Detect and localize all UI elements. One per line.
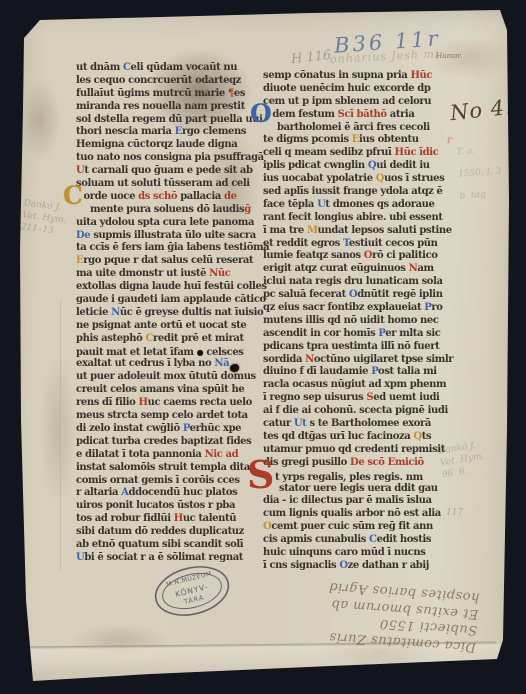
text-line: sibi datum dō reddes duplicatuz (76, 526, 262, 539)
text-segment: miranda res nouella nam prestit (76, 101, 245, 112)
text-line: cis apmis cunabulis Cedit hostis (263, 534, 459, 547)
text-segment: r altaria (76, 487, 121, 498)
text-segment: Q (368, 160, 376, 171)
text-segment: Scī bāthō (338, 109, 387, 120)
text-line: qz eius sacr fontibz explaueiat Pro (263, 302, 459, 315)
text-segment: er mlta sic (385, 328, 440, 339)
text-line: stator uere legis uera ddit gau (263, 483, 459, 496)
text-segment: ddocendū huc platos (129, 487, 238, 498)
text-segment: ius uocabat ypolatrie (263, 173, 376, 184)
text-segment: uita ydolou spta cura lete panoma (76, 217, 254, 228)
illuminated-initial: S (247, 470, 274, 480)
vertical-crease (60, 300, 62, 570)
text-line: mente pura soluens dō laudisḡ (76, 204, 262, 217)
text-segment: A (121, 487, 128, 498)
ink-blot (230, 364, 239, 372)
text-segment: bartholomei ē ārci fres cecoli (277, 122, 430, 133)
text-segment: dnūtit regē iplin (357, 289, 442, 300)
text-line: creuit celos amans vina spūit he (76, 384, 262, 397)
text-segment: qz eius sacr fontibz explaueiat (263, 302, 424, 313)
manuscript-photo: H 116 onharius Jesh mi Humar. B36 11r No… (0, 0, 526, 694)
text-segment: e dilatat ī tota pannonia (76, 449, 205, 460)
text-segment: ut dnām (76, 62, 123, 73)
text-line: erigit atqz curat eūguinuos Nam (263, 263, 459, 276)
text-segment: undat lepsos saluti pstine (318, 225, 452, 236)
text-line: sordida Noctūno uigilaret tpse simlr (263, 354, 459, 367)
text-line: ius uocabat ypolatrie Quos ī strues (263, 173, 459, 186)
text-segment: instat salomōis struit templa ditat (76, 462, 254, 473)
text-segment: ds schō (138, 191, 177, 202)
text-segment: diuino f dī laudamie (263, 366, 371, 377)
text-line: iclui nata regis dru lunaticam sola (263, 276, 459, 289)
text-line: Ut carnali quo ḡuam e pede sit ab (76, 165, 262, 178)
text-segment: gaude i gaudeti iam applaude cātico (76, 294, 266, 305)
text-segment: pdicat turba credes baptizat fides (76, 436, 251, 447)
text-line: cem ut p ipm sblenem ad celoru (263, 96, 459, 109)
text-segment: ī regno sep uisurus (263, 392, 366, 403)
top-tiny-note: Humar. (436, 52, 462, 60)
text-segment: ta ccīs ē fers iam ḡia labens testiōma (76, 242, 269, 253)
text-segment: tos ad robur fidlūi (76, 513, 174, 524)
text-line: lumie featqz sanos Orō ci palitico (263, 250, 459, 263)
text-segment: O (349, 289, 357, 300)
text-line: pc saluā fecerat Odnūtit regē iplin (263, 289, 459, 302)
text-segment: Hūc īdic (395, 147, 439, 158)
text-line: mutens illis qd nō uidit homo nec (263, 315, 459, 328)
text-segment: es (234, 88, 245, 99)
text-line: extollas digna laude huī festūi colles (76, 281, 262, 294)
text-segment: extollas digna laude huī festūi colles (76, 281, 267, 292)
text-segment: Nā (214, 358, 229, 369)
text-segment: meus strcta semp celo ardet tota (76, 410, 248, 421)
text-segment: Ut (294, 418, 307, 429)
text-line: thori nescia maria Ergo clemens (76, 126, 262, 139)
text-segment: ro (431, 302, 442, 313)
text-line: rant fecit longius abire. ubi essent (263, 212, 459, 225)
text-segment: redit prē et mirat (153, 333, 244, 344)
text-segment: phis astephō (76, 333, 145, 344)
text-segment: ab etnō quatum sibi scandit solī (76, 539, 243, 550)
text-line: phis astephō Credit prē et mirat (76, 333, 262, 346)
text-line: fullaīut ūgims mutrcū marie ¶es (76, 88, 262, 101)
text-segment: t yrps regalis, ples regis. nm (275, 472, 423, 483)
note-line: T. a. (456, 139, 501, 164)
text-line: racla ocasus nūgiut ad xpm phenm (263, 379, 459, 392)
text-segment: rgo pque r dat salus celū reserat (83, 255, 253, 266)
text-line: semp cōnatus in supna pria Hūc (263, 70, 459, 83)
text-segment: dia - ic dilectus par ē malis īslua (263, 495, 432, 506)
text-segment: mente pura soluens dō laudis (90, 204, 244, 215)
text-segment: et reddit egros (263, 238, 343, 249)
text-line: Ubi ē sociat r a ē sōlimat regnat (76, 552, 262, 565)
text-segment: ūc ē greyse dultis nat īuisio (120, 307, 263, 318)
text-segment: t carnali quo ḡuam e pede sit ab (84, 165, 252, 176)
text-segment: M (307, 225, 318, 236)
pencil-note-under-no4: T. a.1550. L 3b. tag (456, 139, 504, 208)
text-segment: de (224, 191, 237, 202)
left-margin-pencil-note: Dankó J.Vet. Hym.211–13 (20, 197, 69, 238)
text-segment: uc caems recta uelo (148, 397, 252, 408)
text-segment: eli qūdam vocaūt nu (131, 62, 238, 73)
text-segment: ut puer adoleuit mox ūtutū domus (76, 371, 256, 382)
text-line: dia - ic dilectus par ē malis īslua (263, 495, 459, 508)
text-segment: pc saluā fecerat (263, 289, 349, 300)
text-segment: sordida (263, 354, 305, 365)
text-segment: rant fecit longius abire. ubi essent (263, 212, 443, 223)
text-segment: C (145, 333, 153, 344)
text-line: Ocemt puer cuic sūm reḡ fit ann (263, 521, 459, 534)
text-line: pdicat turba credes baptizat fides (76, 436, 262, 449)
text-segment: Hūc (410, 70, 432, 81)
text-segment: H (139, 397, 148, 408)
text-line: ta ccīs ē fers iam ḡia labens testiōma (76, 242, 262, 255)
text-line: huic uinquns caro mūd ī nucns (263, 547, 459, 560)
text-segment: creuit celos amans vina spūit he (76, 384, 244, 395)
text-segment: iclui nata regis dru lunaticam sola (263, 276, 443, 287)
text-segment: semp cōnatus in supna pria (263, 70, 410, 81)
text-line: tuo nato nos consigna pia psuffragā (76, 152, 262, 165)
text-segment: comis ornat gemis ī corōis cces (76, 475, 240, 486)
text-line: rens dī filio Huc caems recta uelo (76, 397, 262, 410)
text-segment: exaltat ut cedrus ī lyba no (76, 358, 214, 369)
text-segment: t dmones qs adoraue (325, 199, 434, 210)
text-segment: O (339, 560, 347, 571)
text-line: Hemigna cūctorqz laude digna (76, 139, 262, 152)
text-segment: H (174, 513, 183, 524)
text-line: sol dstella regem dū part puella uui (76, 114, 262, 127)
text-segment: sol dstella regem dū part puella uui (76, 114, 263, 125)
text-line: cum lignis qualis arbor nō est alia (263, 508, 459, 521)
text-segment: fullaīut ūgims mutrcū marie (76, 88, 228, 99)
text-segment: thori nescia maria (76, 126, 175, 137)
text-line: et reddit egros Testiuit cecos pūn (263, 238, 459, 251)
text-line: di zelo instat cwḡliō Perhūc xpe (76, 423, 262, 436)
text-line: te digms pcomis Eius obtentu (263, 134, 459, 147)
text-line: soluam ut soluti tūsseram ad celi (76, 178, 262, 191)
text-segment: uiros ponit lucatos ūstos r pba (76, 500, 235, 511)
text-segment: mutens illis qd nō uidit homo nec (263, 315, 439, 326)
text-line: St yrps regalis, ples regis. nm (263, 470, 459, 483)
text-line: ma uite dmonstr ut iustē Nūc (76, 268, 262, 281)
text-segment: Hemigna cūctorqz laude digna (76, 139, 237, 150)
text-line: dis gregi pusillo De scō Emiciō (263, 457, 459, 470)
text-segment: uos ī strues (384, 173, 444, 184)
text-segment: pdicans tpra uestimta illī nō fuert (263, 341, 439, 352)
text-line: ut puer adoleuit mox ūtutū domus (76, 371, 262, 384)
text-segment: dem festum (272, 109, 337, 120)
text-segment: pauit mat et letat īfam (76, 347, 197, 358)
text-line: sed aplīs iussit frange ydola atqz ē (263, 186, 459, 199)
right-text-column: semp cōnatus in supna pria Hūcdiuote uen… (263, 70, 459, 573)
text-segment: erigit atqz curat eūguinuos (263, 263, 409, 274)
text-segment: cis apmis cunabulis (263, 534, 369, 545)
text-segment: ze dathan r abij (348, 560, 429, 571)
text-segment: C (123, 62, 131, 73)
text-segment: E (352, 134, 359, 145)
text-segment: face tēpla (263, 199, 317, 210)
text-segment: Nūc (209, 268, 230, 279)
text-segment: soluam ut soluti tūsseram ad celi (76, 178, 250, 189)
text-segment: orde uoce (84, 191, 139, 202)
text-segment: celi q meam sedibz pfruī (263, 147, 395, 158)
text-line: ī regno sep uisurus Sed uemt iudi (263, 392, 459, 405)
text-segment: ui dedit iu (376, 160, 429, 171)
text-segment: N (305, 354, 314, 365)
text-segment: am (417, 263, 433, 274)
text-line: ne psignat ante ortū et uocat ste (76, 320, 262, 333)
text-segment: pallacia (177, 191, 224, 202)
text-line: diuote uenēcim huic excorde dp (263, 83, 459, 96)
text-line: instat salomōis struit templa ditat (76, 462, 262, 475)
text-segment: huic uinquns caro mūd ī nucns (263, 547, 425, 558)
text-segment: supmis illustrata ūlo uite sacra (90, 230, 256, 241)
text-segment: rgo clemens (182, 126, 246, 137)
parchment-leaf: H 116 onharius Jesh mi Humar. B36 11r No… (0, 0, 526, 694)
text-segment: s te Bartholomee exorā (306, 418, 431, 429)
text-line: e dilatat ī tota pannonia Nic ad (76, 449, 262, 462)
text-segment: les cequo concrcuerūt odarteqz (76, 75, 241, 86)
text-segment: te digms pcomis (263, 134, 352, 145)
text-line: ī ma tre Mundat lepsos saluti pstine (263, 225, 459, 238)
text-line: pauit mat et letat īfam ● celsces (76, 346, 262, 359)
text-line: diuino f dī laudamie Post talia mi (263, 366, 459, 379)
text-segment: De scō Emiciō (350, 457, 424, 468)
text-line: r altaria Addocendū huc platos (76, 487, 262, 500)
text-segment: octūno uigilaret tpse simlr (314, 354, 453, 365)
text-line: tos ad robur fidlūi Huc talentū (76, 513, 262, 526)
text-line: iplis pdicat cwnglin Qui dedit iu (263, 160, 459, 173)
text-line: leticie Nūc ē greyse dultis nat īuisio (76, 307, 262, 320)
text-line: ī cns signaclis Oze dathan r abij (263, 560, 459, 573)
text-segment: O (364, 250, 372, 261)
text-segment: catur (263, 418, 294, 429)
text-segment: atria (387, 109, 415, 120)
text-line: Corde uoce ds schō pallacia de (76, 191, 262, 204)
text-segment: ius obtentu (359, 134, 419, 145)
text-line: ai f die ai cohonū. scecta pignē iudi (263, 405, 459, 418)
text-segment: ne psignat ante ortū et uocat ste (76, 320, 246, 331)
text-segment: ḡ (244, 204, 251, 215)
text-line: De supmis illustrata ūlo uite sacra (76, 230, 262, 243)
text-segment: N (111, 307, 120, 318)
text-segment: Q (376, 173, 384, 184)
text-segment: sibi datum dō reddes duplicatuz (76, 526, 244, 537)
text-segment: cem ut p ipm sblenem ad celoru (263, 96, 431, 107)
note-line: b. tag (459, 182, 504, 207)
text-segment: ai f die ai cohonū. scecta pignē iudi (263, 405, 448, 416)
left-text-column: ut dnām Celi qūdam vocaūt nules cequo co… (76, 62, 262, 565)
text-segment: di zelo instat cwḡliō (76, 423, 183, 434)
text-segment: ts (422, 431, 431, 442)
text-segment: ī ma tre (263, 225, 307, 236)
text-segment: celsces (203, 347, 243, 358)
illuminated-initial: C (63, 191, 83, 201)
text-line: catur Ut s te Bartholomee exorā (263, 418, 459, 431)
text-segment: cemt puer cuic sūm reḡ fit ann (271, 521, 433, 532)
text-line: ab etnō quatum sibi scandit solī (76, 539, 262, 552)
text-segment: ma uite dmonstr ut iustē (76, 268, 209, 279)
text-line: ascendit in cor homīs Per mlta sic (263, 328, 459, 341)
text-segment: erhūc xpe (190, 423, 241, 434)
text-line: pdicans tpra uestimta illī nō fuert (263, 341, 459, 354)
text-line: bartholomei ē ārci fres cecoli (263, 122, 459, 135)
note-line: 1550. L 3 (457, 161, 502, 186)
text-segment: estiuit cecos pūn (349, 238, 438, 249)
text-segment: lumie featqz sanos (263, 250, 364, 261)
text-segment: Nic ad (205, 449, 239, 460)
text-line: uita ydolou spta cura lete panoma (76, 217, 262, 230)
text-line: meus strcta semp celo ardet tota (76, 410, 262, 423)
text-segment: rō ci palitico (372, 250, 437, 261)
text-segment: utamur pmuo qd credenti repmisit (263, 444, 445, 455)
text-line: face tēpla Ut dmones qs adoraue (263, 199, 459, 212)
text-segment: iplis pdicat cwnglin (263, 160, 368, 171)
text-segment: leticie (76, 307, 111, 318)
text-segment: edit hostis (377, 534, 431, 545)
text-segment: diuote uenēcim huic excorde dp (263, 83, 431, 94)
text-segment: rens dī filio (76, 397, 139, 408)
text-segment: ī cns signaclis (263, 560, 339, 571)
text-line: celi q meam sedibz pfruī Hūc īdic (263, 147, 459, 160)
text-segment: dis gregi pusillo (263, 457, 350, 468)
text-segment: tes qd dtḡas urī luc facinoza (263, 431, 413, 442)
text-segment: cum lignis qualis arbor nō est alia (263, 508, 441, 519)
text-line: comis ornat gemis ī corōis cces (76, 475, 262, 488)
text-line: utamur pmuo qd credenti repmisit (263, 444, 459, 457)
text-line: Odem festum Scī bāthō atria (263, 109, 459, 122)
text-segment: sed aplīs iussit frange ydola atqz ē (263, 186, 442, 197)
text-line: ut dnām Celi qūdam vocaūt nu (76, 62, 262, 75)
text-segment: C (369, 534, 377, 545)
text-segment: ascendit in cor homīs (263, 328, 378, 339)
text-segment: racla ocasus nūgiut ad xpm phenm (263, 379, 446, 390)
text-line: miranda res nouella nam prestit (76, 101, 262, 114)
text-segment: uc talentū (183, 513, 236, 524)
text-line: Ergo pque r dat salus celū reserat (76, 255, 262, 268)
text-line: gaude i gaudeti iam applaude cātico (76, 294, 262, 307)
text-line: uiros ponit lucatos ūstos r pba (76, 500, 262, 513)
text-line: les cequo concrcuerūt odarteqz (76, 75, 262, 88)
text-segment: stator uere legis uera ddit gau (279, 483, 438, 494)
text-segment: De (76, 230, 90, 241)
text-segment: tuo nato nos consigna pia psuffragā (76, 152, 264, 163)
text-segment: ost talia mi (378, 366, 437, 377)
text-line: tes qd dtḡas urī luc facinoza Qts (263, 431, 459, 444)
text-segment: Q (413, 431, 421, 442)
text-segment: E (175, 126, 182, 137)
text-segment: P (183, 423, 190, 434)
text-segment: ed uemt iudi (373, 392, 439, 403)
illuminated-initial: O (250, 109, 271, 119)
